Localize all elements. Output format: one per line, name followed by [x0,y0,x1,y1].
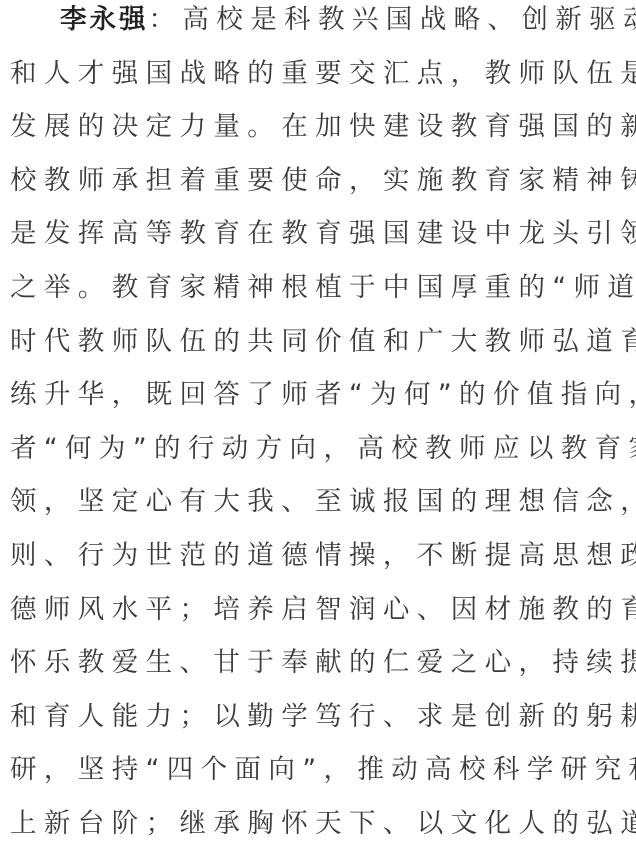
text-line-16: 上新台阶；继承胸怀天下、以文化人的弘道追求，以文 [10,797,628,851]
text-line-11: 则、行为世范的道德情操，不断提高思想政治素质和师 [10,529,628,583]
text-line-12: 德师风水平；培养启智润心、因材施教的育人智慧，谨 [10,583,628,637]
article-body: 李永强：高校是科教兴国战略、创新驱动发展战略 和人才强国战略的重要交汇点，教师队… [10,0,628,851]
text-line-9: 者“何为”的行动方向，高校教师应以教育家精神为引 [10,422,628,476]
text-line-10: 领，坚定心有大我、至诚报国的理想信念，勤修言为士 [10,475,628,529]
text-line-2: 和人才强国战略的重要交汇点，教师队伍是教育高质量 [10,47,628,101]
text-line-15: 研，坚持“四个面向”，推动高校科学研究和社会服务迈 [10,743,628,797]
text-line-6: 之举。教育家精神根植于中国厚重的“师道”传统，将新 [10,261,628,315]
text-line-4: 校教师承担着重要使命，实施教育家精神铸魂强师行动 [10,154,628,208]
text-line-14: 和育人能力；以勤学笃行、求是创新的躬耕态度潜心科 [10,690,628,744]
line-text: 高校是科教兴国战略、创新驱动发展战略 [182,4,636,35]
speaker-separator: ： [149,4,183,35]
speaker-name: 李永强 [60,4,149,35]
text-line-3: 发展的决定力量。在加快建设教育强国的新征程上，高 [10,100,628,154]
text-line-7: 时代教师队伍的共同价值和广大教师弘道育人的使命凝 [10,315,628,369]
text-line-1: 李永强：高校是科教兴国战略、创新驱动发展战略 [10,0,628,47]
text-line-5: 是发挥高等教育在教育强国建设中龙头引领作用的关键 [10,207,628,261]
text-line-8: 练升华，既回答了师者“为何”的价值指向，也指明了师 [10,368,628,422]
text-line-13: 怀乐教爱生、甘于奉献的仁爱之心，持续提升学科素养 [10,636,628,690]
